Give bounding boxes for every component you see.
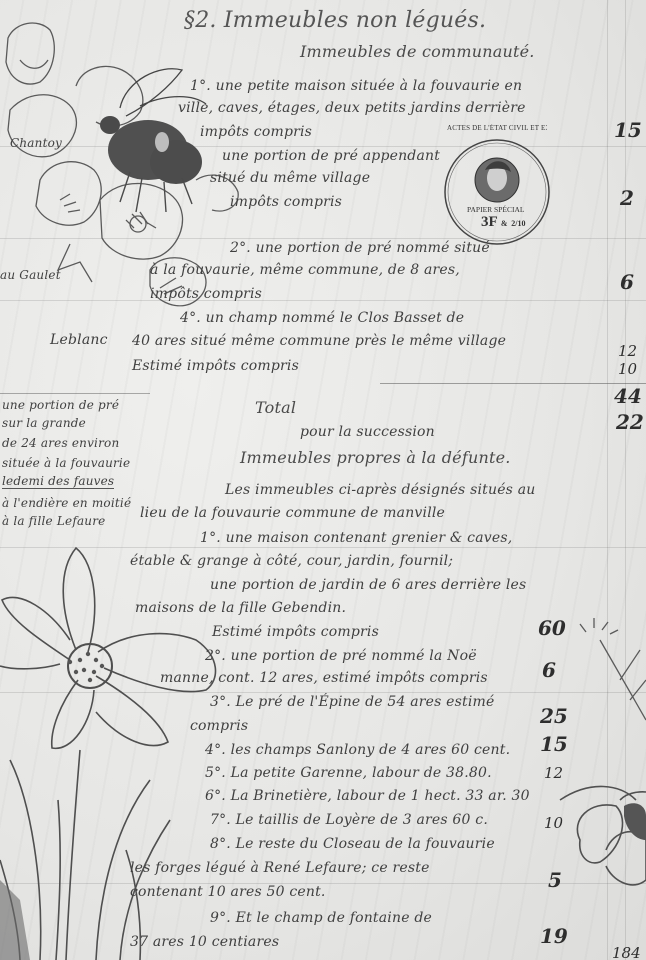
page-number: 184 [612,944,641,960]
amount: 10 [544,814,563,832]
text-line: 40 ares situé même commune près le même … [132,333,506,349]
text-line: les forges légué à René Lefaure; ce rest… [130,860,430,876]
amount: 25 [540,704,568,728]
amount: 12 [544,764,563,782]
text-line: 7°. Le taillis de Loyère de 3 ares 60 c. [210,812,488,828]
amount: 10 [618,360,637,378]
amount: 2 [620,186,634,210]
text-line: 1°. une maison contenant grenier & caves… [200,530,512,546]
text-line: ville, caves, étages, deux petits jardin… [178,100,526,116]
text-line: impôts compris [230,194,342,210]
text-line: maisons de la fille Gebendin. [135,600,346,616]
total-label: Total [255,398,296,417]
amount: 15 [540,732,568,756]
text-line: une portion de pré appendant [222,148,440,164]
stamp-price-main: 3F [481,214,497,230]
bumblebee-body-icon [100,116,202,212]
amount: 6 [542,658,556,682]
text-line: 4°. un champ nommé le Clos Basset de [180,310,464,326]
text-line: impôts compris [150,286,262,302]
margin-note: de 24 ares environ [2,436,119,450]
amount: 5 [548,868,562,892]
text-line: 5°. La petite Garenne, labour de 38.80. [205,765,492,781]
stamp-price-amp: & [501,219,508,228]
violet-center [624,803,646,840]
margin-note: une portion de pré [2,398,119,412]
text-line: 3°. Le pré de l'Épine de 54 ares estimé [210,694,495,710]
text-line: 2°. une portion de pré nommé situé [230,240,490,256]
stamp-price-fraction: 2/10 [511,219,525,228]
subheading-communaute: Immeubles de communauté. [300,42,535,61]
margin-note: Chantoy [10,136,62,150]
text-line: compris [190,718,248,734]
text-line: Estimé impôts compris [132,358,299,374]
grass-shadow [0,880,30,960]
amount: 6 [620,270,634,294]
text-line: 1°. une petite maison située à la fouvau… [190,78,522,94]
revenue-stamp: ACTES DE L'ÉTAT CIVIL ET EXPÉDITIONS PAP… [443,138,551,246]
margin-note: à l'endière en moitié [2,496,131,510]
text-line: Les immeubles ci-après désignés situés a… [225,482,535,498]
text-line: situé du même village [210,170,370,186]
stamp-price: 3F & 2/10 [481,214,526,231]
margin-note: à la fille Lefaure [2,514,105,528]
stamp-ring-text: ACTES DE L'ÉTAT CIVIL ET EXPÉDITIONS [447,124,547,132]
total-note: pour la succession [300,424,435,440]
text-line: étable & grange à côté, cour, jardin, fo… [130,553,453,569]
text-line: impôts compris [200,124,312,140]
text-line: à la fouvaurie, même commune, de 8 ares, [150,262,460,278]
amount-total: 44 [614,384,642,408]
text-line: lieu de la fouvaurie commune de manville [140,505,445,521]
text-line: 6°. La Brinetière, labour de 1 hect. 33 … [205,788,530,804]
amount: 60 [538,616,566,640]
text-line: 4°. les champs Sanlony de 4 ares 60 cent… [205,742,510,758]
text-line: Estimé impôts compris [212,624,379,640]
text-line: une portion de jardin de 6 ares derrière… [210,577,526,593]
text-line: manne, cont. 12 ares, estimé impôts comp… [160,670,488,686]
amount: 22 [616,410,644,434]
margin-note: ledemi des fauves [2,474,114,489]
text-line: 8°. Le reste du Closeau de la fouvaurie [210,836,495,852]
subheading-propres: Immeubles propres à la défunte. [240,448,511,467]
margin-note: au Gaulet [0,268,61,282]
stamp-label: PAPIER SPÉCIAL [467,205,524,214]
section-heading: §2. Immeubles non légués. [184,8,486,33]
amount: 19 [540,924,568,948]
margin-note: située à la fouvaurie [2,456,130,470]
margin-note: sur la grande [2,416,86,430]
text-line: 37 ares 10 centiares [130,934,279,950]
violet-icon [560,786,646,884]
text-line: 9°. Et le champ de fontaine de [210,910,432,926]
text-line: 2°. une portion de pré nommé la Noë [205,648,477,664]
umbel-flower-icon [580,618,646,720]
text-line: contenant 10 ares 50 cent. [130,884,326,900]
amount: 12 [618,342,637,360]
amount: 15 [614,118,642,142]
margin-note: Leblanc [50,332,108,348]
